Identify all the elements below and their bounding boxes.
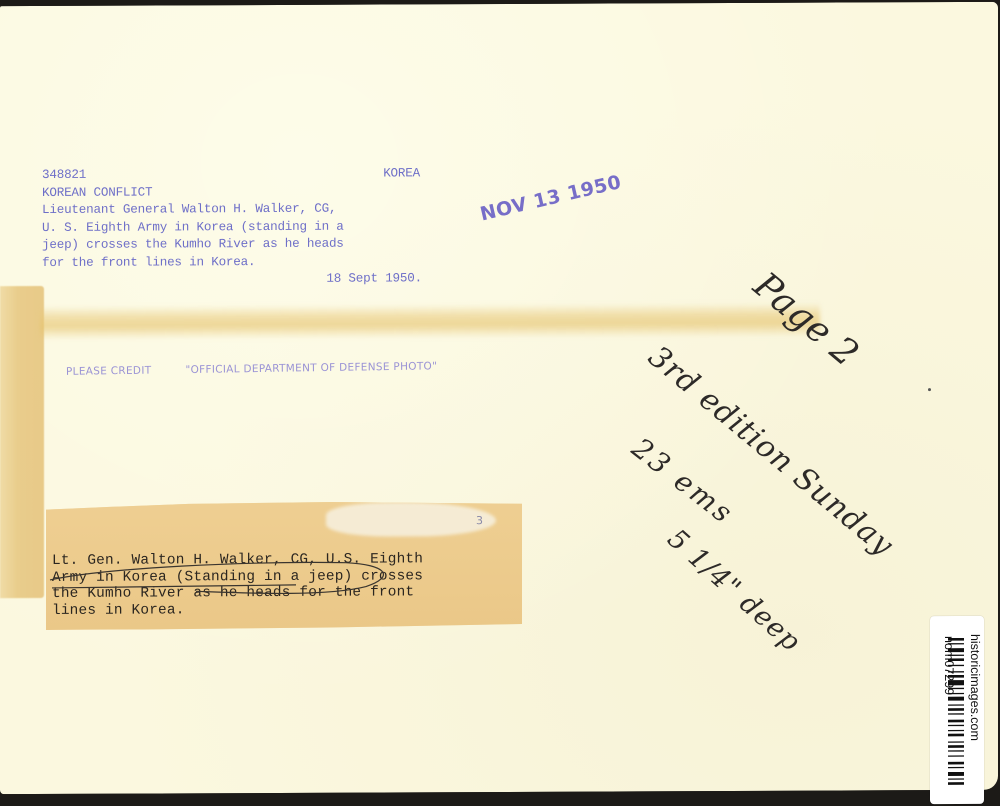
- caption-line: jeep) crosses the Kumho River as he head…: [42, 235, 422, 254]
- newspaper-clipping: 3 Lt. Gen. Walton H. Walker, CG, U.S. Ei…: [46, 500, 522, 630]
- clipping-line: Lt. Gen. Walton H. Walker, CG, U.S. Eigh…: [52, 551, 423, 569]
- handwritten-depth-note: 5 1/4" deep: [661, 523, 806, 658]
- typed-caption: 348821 KOREA KOREAN CONFLICT Lieutenant …: [42, 165, 422, 289]
- torn-paper-patch: [326, 502, 496, 537]
- pencil-dot: [928, 388, 931, 391]
- photo-back-sheet: 348821 KOREA KOREAN CONFLICT Lieutenant …: [0, 2, 998, 794]
- clipping-line: the Kumho River as he heads for the fron…: [52, 584, 423, 602]
- caption-heading: KOREAN CONFLICT: [42, 183, 422, 202]
- caption-date: 18 Sept 1950.: [42, 270, 422, 289]
- barcode-label: historicimages.com nom07299: [930, 616, 984, 804]
- caption-id-number: 348821: [42, 167, 86, 185]
- clipping-text: Lt. Gen. Walton H. Walker, CG, U.S. Eigh…: [52, 551, 423, 619]
- barcode-code-text: nom07299: [942, 636, 956, 695]
- received-date-stamp: NOV 13 1950: [478, 171, 624, 225]
- credit-label: PLEASE CREDIT: [66, 365, 152, 378]
- caption-header-row: 348821 KOREA: [42, 165, 422, 184]
- caption-line: Lieutenant General Walton H. Walker, CG,: [42, 200, 422, 219]
- barcode-site-text: historicimages.com: [968, 634, 982, 741]
- caption-region: KOREA: [383, 165, 422, 183]
- handwritten-ems-note: 23 ems: [626, 431, 741, 531]
- clipping-line: lines in Korea.: [52, 601, 423, 619]
- clipping-corner-mark: 3: [476, 514, 483, 527]
- clipping-line: Army in Korea (Standing in a jeep) cross…: [52, 568, 423, 586]
- tape-residue-stripe: [40, 303, 820, 340]
- caption-line: U. S. Eighth Army in Korea (standing in …: [42, 218, 422, 237]
- credit-source: "OFFICIAL DEPARTMENT OF DEFENSE PHOTO": [185, 360, 437, 376]
- credit-stamp: PLEASE CREDIT"OFFICIAL DEPARTMENT OF DEF…: [66, 360, 437, 378]
- caption-line: for the front lines in Korea.: [42, 253, 422, 272]
- tape-residue-left: [0, 286, 44, 598]
